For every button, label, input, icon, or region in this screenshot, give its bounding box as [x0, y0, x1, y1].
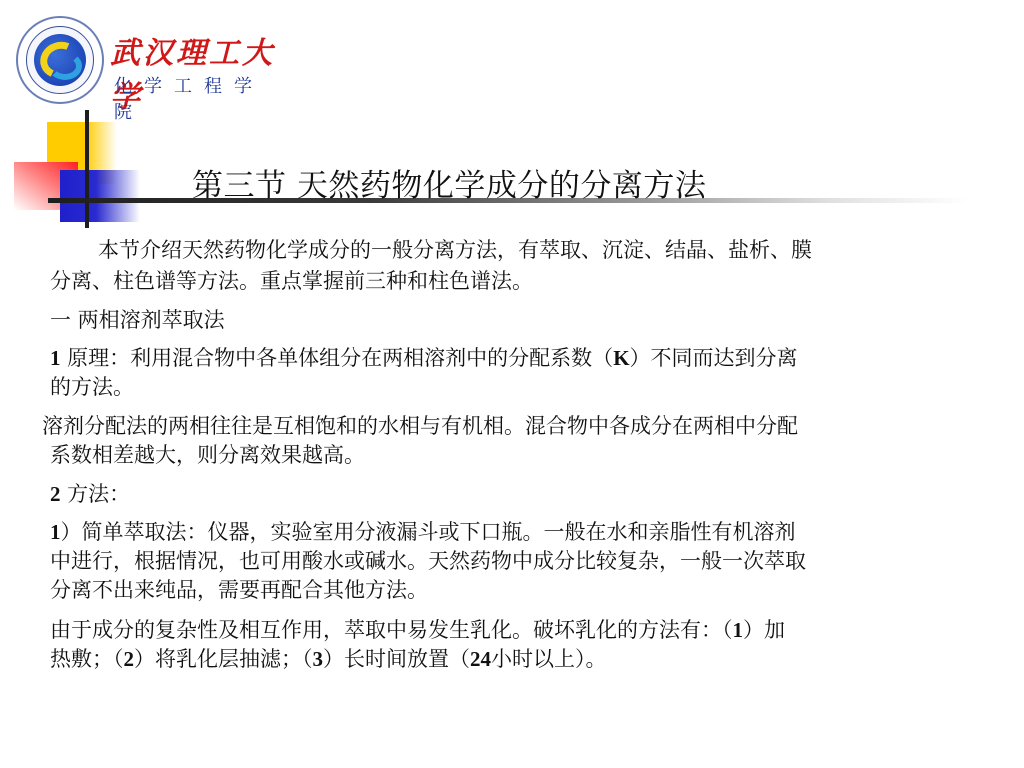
university-emblem-icon: [16, 16, 104, 104]
principle-line-1: 1 原理：利用混合物中各单体组分在两相溶剂中的分配系数（K）不同而达到分离: [50, 344, 798, 373]
coefficient-symbol: K: [613, 346, 629, 370]
item-number: 1: [50, 346, 61, 370]
emulsion-text: ）长时间放置（: [323, 647, 470, 671]
paragraph-intro-line-2: 分离、柱色谱等方法。重点掌握前三种和柱色谱法。: [50, 267, 533, 296]
principle-line-2: 的方法。: [50, 373, 134, 402]
list-number: 1: [733, 618, 744, 642]
emblem-blue-swirl: [48, 52, 82, 80]
hours-number: 24: [470, 647, 491, 671]
emulsion-text: 热敷；（: [50, 647, 124, 671]
slide-title: 第三节 天然药物化学成分的分离方法: [192, 160, 706, 205]
solvent-line-2: 系数相差越大，则分离效果越高。: [50, 441, 365, 470]
emulsion-text-end: 小时以上）。: [491, 647, 607, 671]
emulsion-line-2: 热敷；（2）将乳化层抽滤；（3）长时间放置（24小时以上）。: [50, 645, 607, 674]
simple-extraction-text: ）简单萃取法：仪器，实验室用分液漏斗或下口瓶。一般在水和亲脂性有机溶剂: [61, 520, 796, 544]
emulsion-text: 由于成分的复杂性及相互作用，萃取中易发生乳化。破坏乳化的方法有：（: [50, 618, 733, 642]
item-number: 2: [50, 482, 61, 506]
simple-extraction-line-1: 1）简单萃取法：仪器，实验室用分液漏斗或下口瓶。一般在水和亲脂性有机溶剂: [50, 518, 796, 547]
emulsion-line-1: 由于成分的复杂性及相互作用，萃取中易发生乳化。破坏乳化的方法有：（1）加: [50, 616, 785, 645]
emblem-disk: [34, 34, 86, 86]
university-logo: 武汉理工大学 化学工程学院: [14, 14, 284, 106]
vertical-rule: [85, 110, 89, 228]
item-number: 1: [50, 520, 61, 544]
paragraph-intro-line-1: 本节介绍天然药物化学成分的一般分离方法，有萃取、沉淀、结晶、盐析、膜: [98, 236, 812, 265]
solvent-line-1: 溶剂分配法的两相往往是互相饱和的水相与有机相。混合物中各成分在两相中分配: [42, 412, 798, 441]
method-heading-text: 方法：: [61, 482, 131, 506]
principle-text: 原理：利用混合物中各单体组分在两相溶剂中的分配系数（: [61, 346, 614, 370]
principle-text-end: ）不同而达到分离: [630, 346, 798, 370]
method-heading: 2 方法：: [50, 480, 130, 509]
list-number: 2: [124, 647, 135, 671]
simple-extraction-line-3: 分离不出来纯品，需要再配合其他方法。: [50, 576, 428, 605]
emulsion-text-end: ）加: [743, 618, 785, 642]
emulsion-text: ）将乳化层抽滤；（: [134, 647, 313, 671]
blue-square-decoration: [60, 170, 140, 222]
simple-extraction-line-2: 中进行，根据情况，也可用酸水或碱水。天然药物中成分比较复杂，一般一次萃取: [50, 547, 806, 576]
list-number: 3: [313, 647, 324, 671]
section-heading-extraction: 一 两相溶剂萃取法: [50, 306, 225, 335]
